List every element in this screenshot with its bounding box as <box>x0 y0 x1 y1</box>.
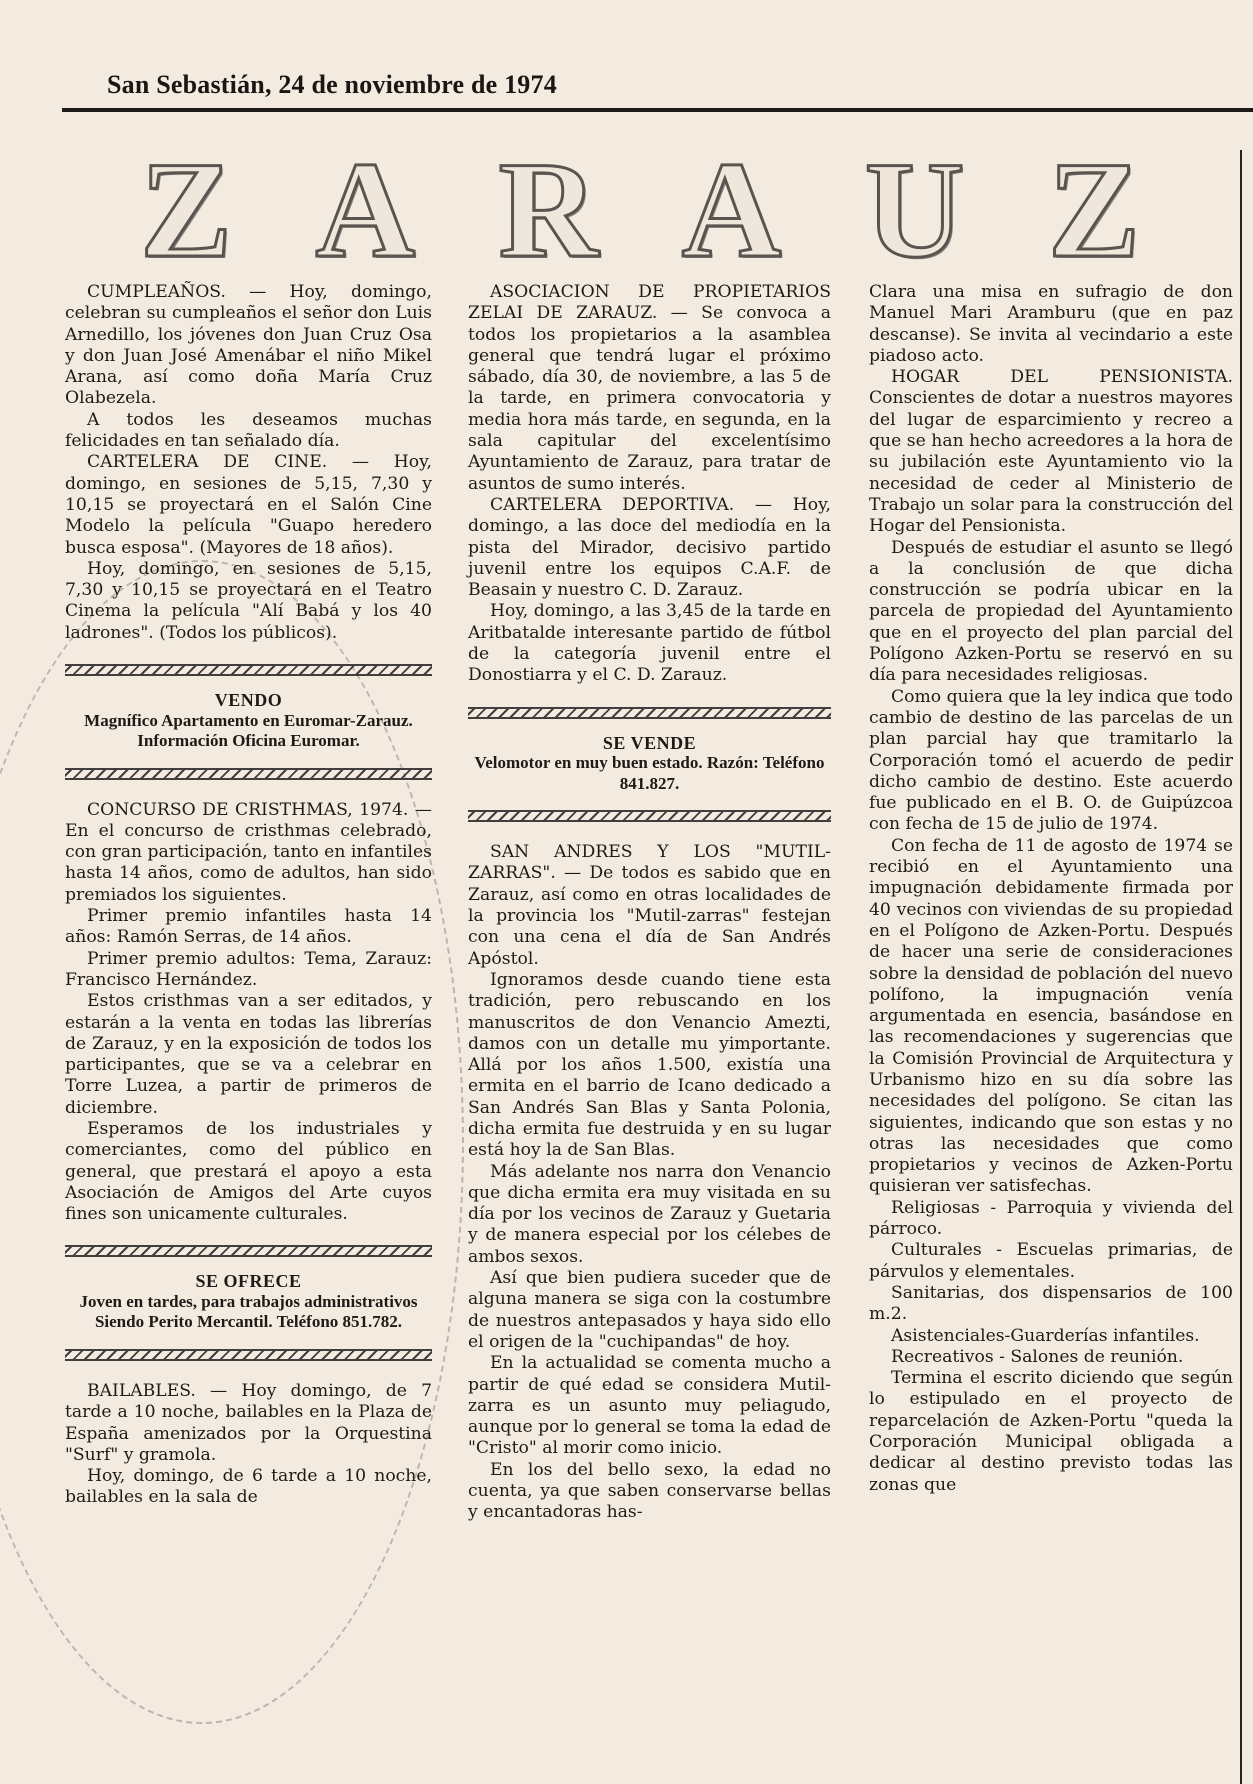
article-cine-teatro: Hoy, domingo, en sesiones de 5,15, 7,30 … <box>65 559 432 644</box>
newspaper-page: San Sebastián, 24 de noviembre de 1974 Z… <box>0 0 1253 1784</box>
article-cumpleanos: CUMPLEAÑOS. — Hoy, domingo, celebran su … <box>65 282 432 410</box>
ad-body: Velomotor en muy buen estado. Razón: Tel… <box>468 753 831 794</box>
article-san-andres: SAN ANDRES Y LOS "MUTIL-ZARRAS". — De to… <box>468 842 831 970</box>
classified-ad-se-ofrece: SE OFRECE Joven en tardes, para trabajos… <box>65 1271 432 1333</box>
list-item-asistenciales: Asistenciales-Guarderías infantiles. <box>869 1326 1233 1347</box>
wavy-divider <box>65 1349 432 1361</box>
wavy-divider <box>65 1245 432 1257</box>
article-actualidad: En la actualidad se comenta mucho a part… <box>468 1353 831 1459</box>
right-rule-divider <box>1240 150 1242 1784</box>
article-cristhmas-venta: Estos cristhmas van a ser editados, y es… <box>65 991 432 1119</box>
masthead-letter: A <box>682 160 782 260</box>
ad-body: Magnífico Apartamento en Euromar-Zarauz.… <box>65 711 432 752</box>
masthead-letter: R <box>499 160 599 260</box>
article-cartelera-deportiva: CARTELERA DEPORTIVA. — Hoy, domingo, a l… <box>468 495 831 601</box>
list-item-recreativos: Recreativos - Salones de reunión. <box>869 1347 1233 1368</box>
masthead-letter: A <box>315 160 415 260</box>
masthead-letter: U <box>865 160 965 260</box>
wavy-divider <box>65 664 432 676</box>
article-ignoramos: Ignoramos desde cuando tiene esta tradic… <box>468 970 831 1162</box>
masthead-letter: Z <box>1048 160 1140 260</box>
article-mas-adelante: Más adelante nos narra don Venancio que … <box>468 1162 831 1268</box>
article-como-quiera: Como quiera que la ley indica que todo c… <box>869 687 1233 836</box>
wavy-divider <box>65 768 432 780</box>
top-rule-divider <box>62 108 1253 112</box>
wavy-divider <box>468 810 831 822</box>
list-item-religiosas: Religiosas - Parroquia y vivienda del pá… <box>869 1198 1233 1241</box>
article-premio-adultos: Primer premio adultos: Tema, Zarauz: Fra… <box>65 949 432 992</box>
article-bailables-2: Hoy, domingo, de 6 tarde a 10 noche, bai… <box>65 1466 432 1509</box>
ad-body: Joven en tardes, para trabajos administr… <box>65 1292 432 1333</box>
article-misa: Clara una misa en sufragio de don Manuel… <box>869 282 1233 367</box>
masthead-zarauz: Z A R A U Z <box>140 160 1140 270</box>
classified-ad-se-vende: SE VENDE Velomotor en muy buen estado. R… <box>468 733 831 795</box>
classified-ad-vendo: VENDO Magnífico Apartamento en Euromar-Z… <box>65 690 432 752</box>
article-esperamos: Esperamos de los industriales y comercia… <box>65 1119 432 1225</box>
article-asociacion: ASOCIACION DE PROPIETARIOS ZELAI DE ZARA… <box>468 282 831 495</box>
list-item-sanitarias: Sanitarias, dos dispensarios de 100 m.2. <box>869 1283 1233 1326</box>
article-bailables: BAILABLES. — Hoy domingo, de 7 tarde a 1… <box>65 1381 432 1466</box>
article-bello-sexo: En los del bello sexo, la edad no cuenta… <box>468 1460 831 1524</box>
dateline: San Sebastián, 24 de noviembre de 1974 <box>107 70 557 100</box>
ad-title: SE VENDE <box>468 733 831 754</box>
article-asi-que: Así que bien pudiera suceder que de algu… <box>468 1268 831 1353</box>
article-felicidades: A todos les deseamos muchas felicidades … <box>65 410 432 453</box>
ad-title: VENDO <box>65 690 432 711</box>
right-column: Clara una misa en sufragio de don Manuel… <box>869 282 1233 1496</box>
wavy-divider <box>468 707 831 719</box>
article-concurso: CONCURSO DE CRISTHMAS, 1974. — En el con… <box>65 800 432 906</box>
masthead-letter: Z <box>140 160 232 260</box>
article-cartelera-cine: CARTELERA DE CINE. — Hoy, domingo, en se… <box>65 452 432 558</box>
middle-column: ASOCIACION DE PROPIETARIOS ZELAI DE ZARA… <box>468 282 831 1524</box>
article-futbol: Hoy, domingo, a las 3,45 de la tarde en … <box>468 601 831 686</box>
article-termina: Termina el escrito diciendo que según lo… <box>869 1368 1233 1496</box>
article-con-fecha: Con fecha de 11 de agosto de 1974 se rec… <box>869 836 1233 1198</box>
ad-title: SE OFRECE <box>65 1271 432 1292</box>
left-column: CUMPLEAÑOS. — Hoy, domingo, celebran su … <box>65 282 432 1509</box>
article-hogar-pensionista: HOGAR DEL PENSIONISTA. Conscientes de do… <box>869 367 1233 537</box>
article-premio-infantil: Primer premio infantiles hasta 14 años: … <box>65 906 432 949</box>
article-despues: Después de estudiar el asunto se llegó a… <box>869 538 1233 687</box>
list-item-culturales: Culturales - Escuelas primarias, de párv… <box>869 1240 1233 1283</box>
